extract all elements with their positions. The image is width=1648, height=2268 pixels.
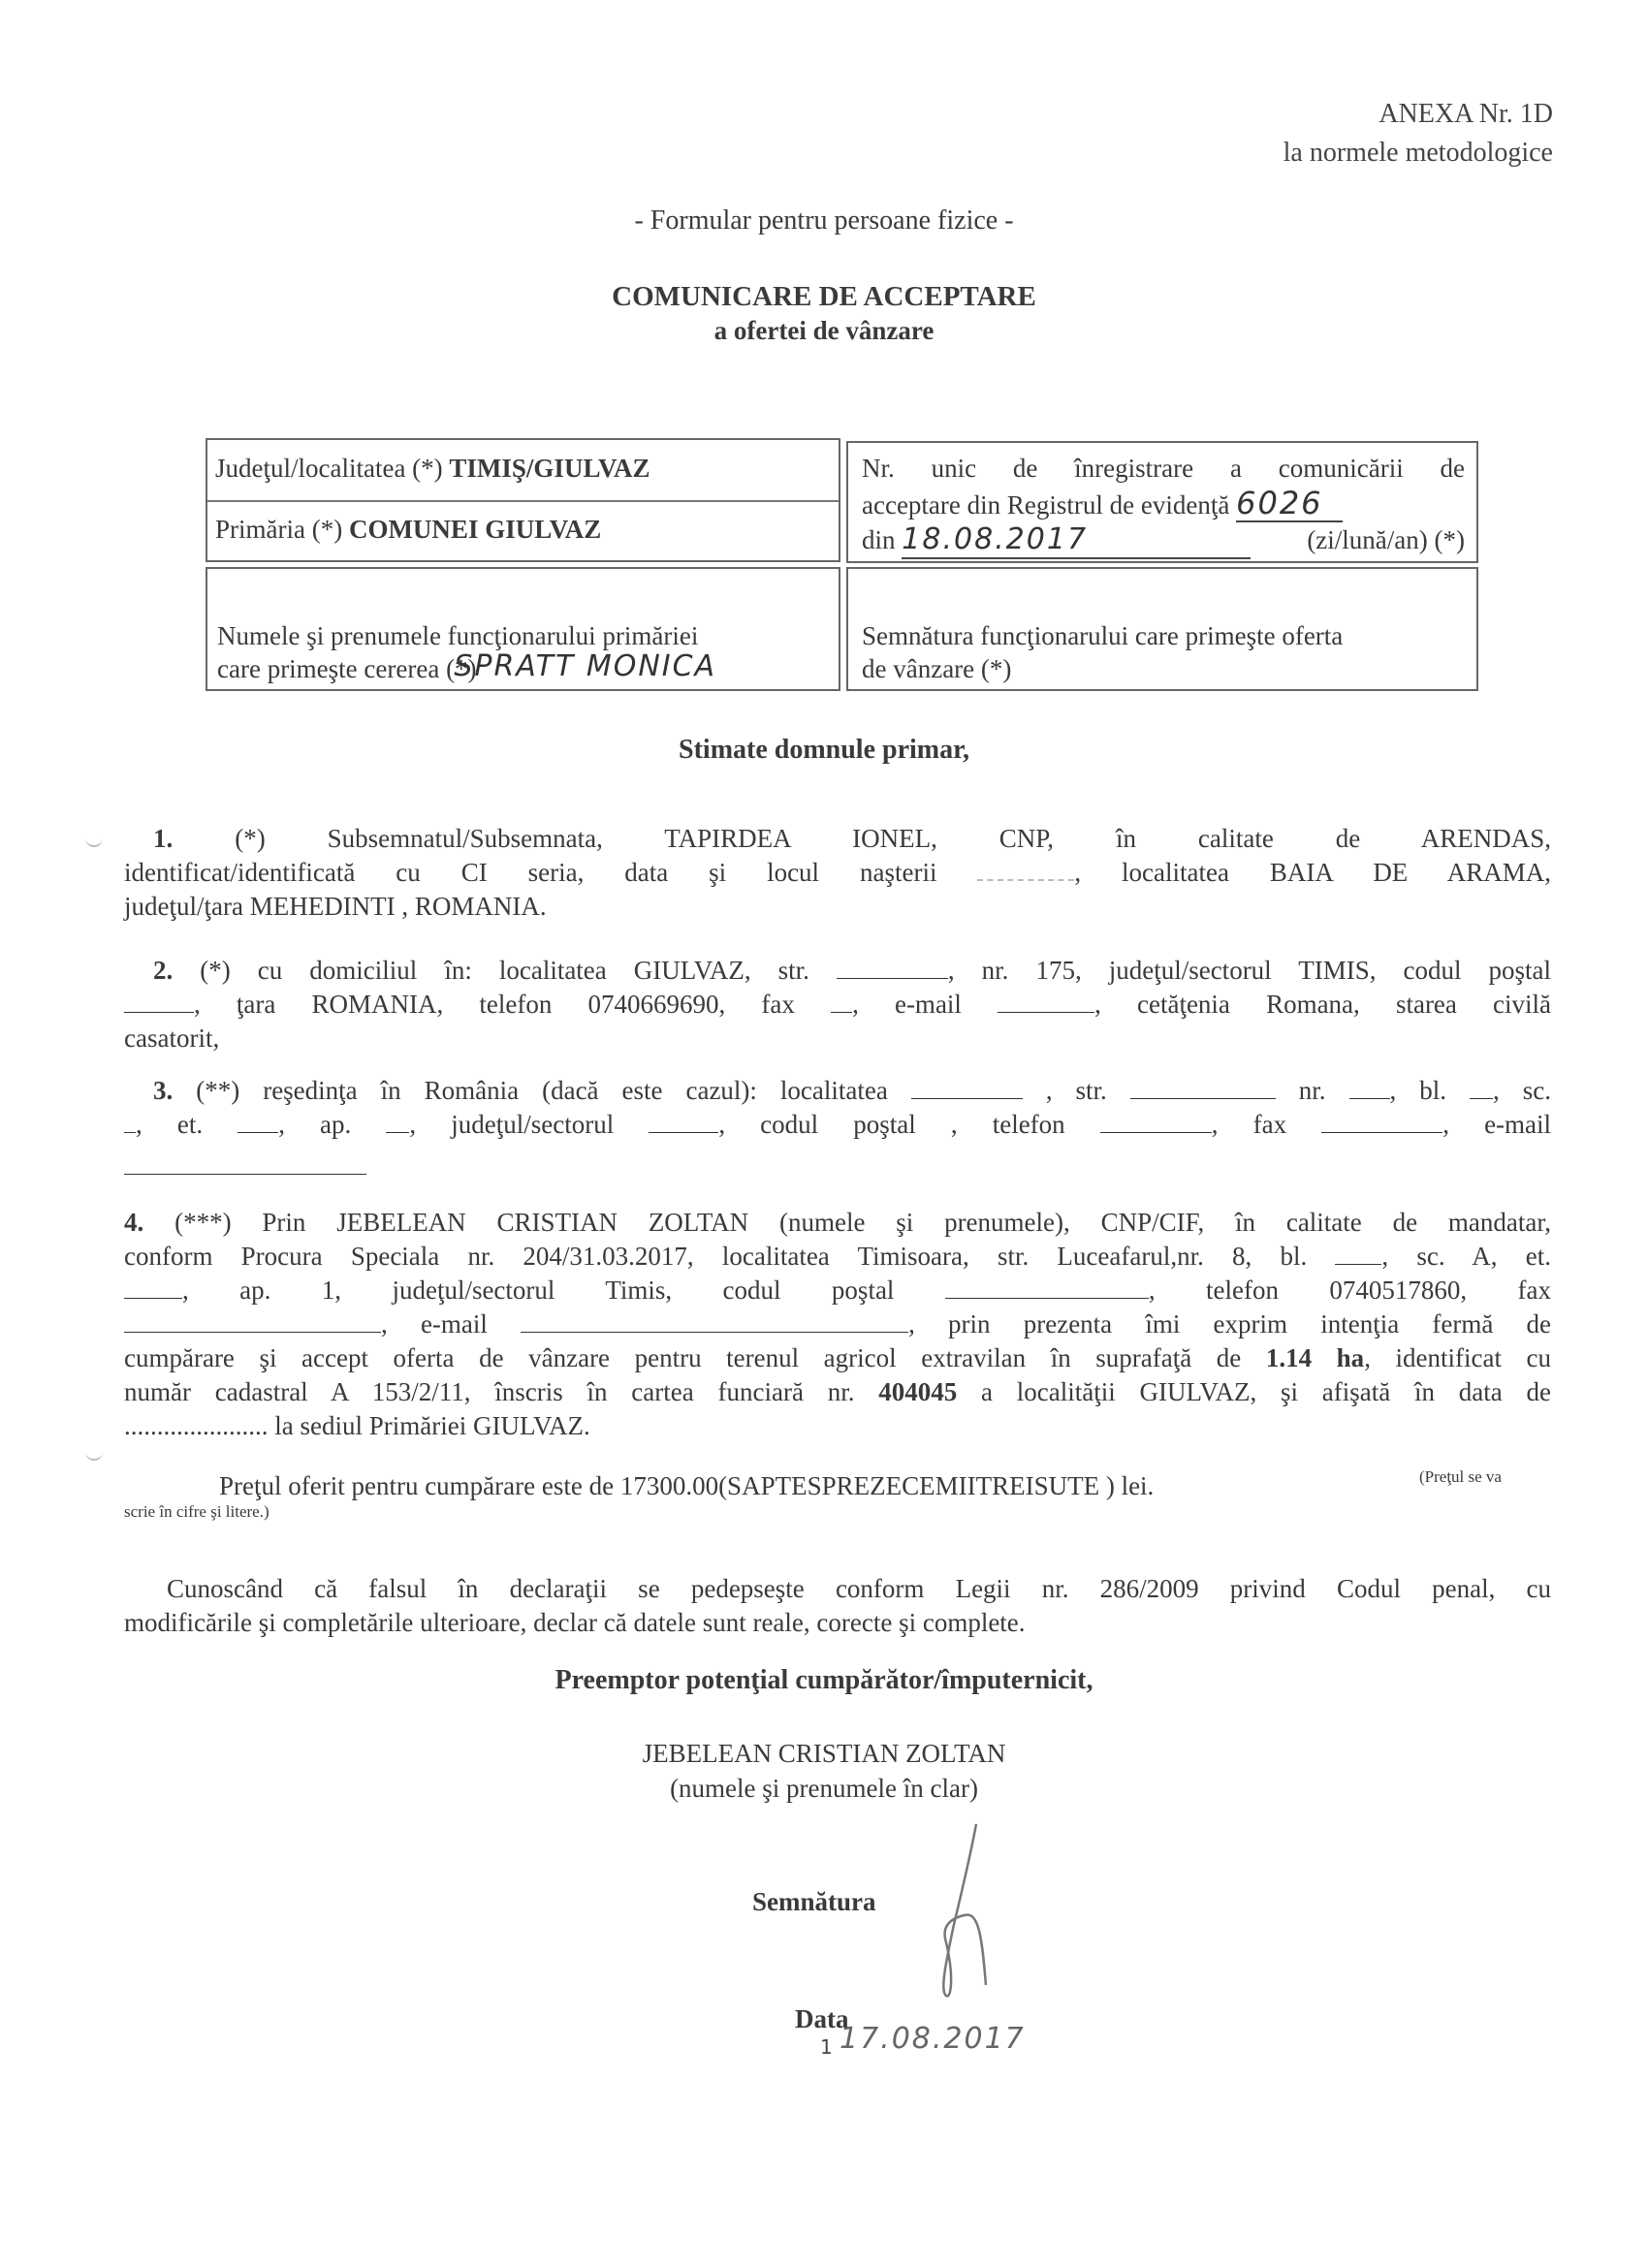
registration-cell: Nr. unic de înregistrare a comunicării d… (846, 441, 1478, 563)
section-4-line4: , e-mail , prin prezenta îmi exprim inte… (124, 1307, 1551, 1341)
document-title: COMUNICARE DE ACCEPTARE (0, 281, 1648, 313)
redacted-birth-data (977, 879, 1074, 881)
section-4-line6: număr cadastral A 153/2/11, înscris în c… (124, 1375, 1551, 1409)
townhall-label: Primăria (*) (215, 515, 342, 544)
salutation: Stimate domnule primar, (0, 735, 1648, 766)
date-format-hint: (zi/lună/an) (*) (1307, 522, 1465, 557)
registration-number: 6026 (1236, 486, 1343, 522)
section-4-line5: cumpărare şi accept oferta de vânzare pe… (124, 1341, 1551, 1375)
scan-mark (85, 835, 103, 847)
annex-reference: la normele metodologice (1284, 134, 1553, 173)
signature-label: Semnătura (752, 1887, 876, 1917)
land-area: 1.14 ha (1266, 1343, 1364, 1372)
clerk-name-cell: Numele şi prenumele funcţionarului primă… (206, 567, 840, 691)
clerk-label-line1: Numele şi prenumele funcţionarului primă… (217, 619, 745, 652)
street-blank (837, 957, 948, 979)
townhall-row: Primăria (*) COMUNEI GIULVAZ (207, 502, 839, 560)
section-3-line2: , et. , ap. , judeţul/sectorul , codul p… (124, 1108, 1551, 1142)
land-book-number: 404045 (878, 1377, 957, 1406)
price-note-continued: scrie în cifre şi litere.) (124, 1502, 269, 1522)
document-subtitle: a ofertei de vânzare (0, 316, 1648, 346)
signatory-role: Preemptor potenţial cumpărător/împuterni… (0, 1665, 1648, 1696)
annex-number: ANEXA Nr. 1D (1284, 95, 1553, 134)
annex-header: ANEXA Nr. 1D la normele metodologice (1284, 95, 1553, 173)
registration-line2: acceptare din Registrul de evidenţă 6026 (862, 486, 1465, 522)
email-blank (124, 1152, 366, 1175)
county-label: Judeţul/localitatea (*) (215, 454, 443, 483)
section-4: 4. (***) Prin JEBELEAN CRISTIAN ZOLTAN (… (124, 1206, 1551, 1443)
signature-date: 17.08.2017 (840, 2022, 1026, 2056)
handwritten-signature (926, 1822, 1003, 2006)
scan-mark (85, 1449, 103, 1461)
declaration-line1: Cunoscând că falsul în declaraţii se ped… (124, 1572, 1551, 1606)
section-2-line2: , ţara ROMANIA, telefon 0740669690, fax … (124, 988, 1551, 1022)
signatory-name-note: (numele şi prenumele în clar) (0, 1774, 1648, 1804)
signature-label-line2: de vânzare (*) (862, 652, 1343, 685)
registration-line1: Nr. unic de înregistrare a comunicării d… (862, 451, 1465, 486)
form-type: - Formular pentru persoane fizice - (0, 205, 1648, 236)
townhall-value: COMUNEI GIULVAZ (349, 515, 601, 544)
section-2: 2. (*) cu domiciliul în: localitatea GIU… (124, 954, 1551, 1055)
clerk-name-handwritten: SPRATT MONICA (454, 649, 716, 683)
section-4-line7: ...................... la sediul Primări… (124, 1409, 1551, 1443)
section-2-line3: casatorit, (124, 1022, 1551, 1055)
section-4-line3: , ap. 1, judeţul/sectorul Timis, codul p… (124, 1274, 1551, 1307)
section-4-line2: conform Procura Speciala nr. 204/31.03.2… (124, 1240, 1551, 1274)
section-3-line1: 3. (**) reşedinţa în România (dacă este … (124, 1074, 1551, 1108)
price-note: (Preţul se va (1419, 1467, 1502, 1487)
declaration: Cunoscând că falsul în declaraţii se ped… (124, 1572, 1551, 1640)
signature-label-line1: Semnătura funcţionarului care primeşte o… (862, 619, 1343, 652)
postal-code-blank (124, 991, 194, 1013)
section-1: 1. (*) Subsemnatul/Subsemnata, TAPIRDEA … (124, 822, 1551, 924)
section-1-line3: judeţul/ţara MEHEDINTI , ROMANIA. (124, 890, 1551, 924)
location-cell: Judeţul/localitatea (*) TIMIŞ/GIULVAZ Pr… (206, 438, 840, 562)
county-row: Judeţul/localitatea (*) TIMIŞ/GIULVAZ (207, 444, 839, 502)
clerk-signature-cell: Semnătura funcţionarului care primeşte o… (846, 567, 1478, 691)
county-value: TIMIŞ/GIULVAZ (449, 454, 650, 483)
section-1-line2: identificat/identificată cu CI seria, da… (124, 856, 1551, 890)
registration-text: Nr. unic de înregistrare a comunicării d… (862, 451, 1465, 559)
page-number: 1 (820, 2035, 833, 2059)
clerk-label-line2: care primeşte cererea (*) SPRATT MONICA (217, 652, 745, 685)
registration-date: 18.08.2017 (902, 522, 1251, 559)
price-statement: Preţul oferit pentru cumpărare este de 1… (219, 1471, 1154, 1501)
section-4-line1: 4. (***) Prin JEBELEAN CRISTIAN ZOLTAN (… (124, 1206, 1551, 1240)
section-2-line1: 2. (*) cu domiciliul în: localitatea GIU… (124, 954, 1551, 988)
declaration-line2: modificările şi completările ulterioare,… (124, 1606, 1551, 1640)
signatory-name: JEBELEAN CRISTIAN ZOLTAN (0, 1739, 1648, 1769)
section-3: 3. (**) reşedinţa în România (dacă este … (124, 1074, 1551, 1183)
section-1-line1: 1. (*) Subsemnatul/Subsemnata, TAPIRDEA … (124, 822, 1551, 856)
registration-line3: din 18.08.2017 (zi/lună/an) (*) (862, 522, 1465, 559)
